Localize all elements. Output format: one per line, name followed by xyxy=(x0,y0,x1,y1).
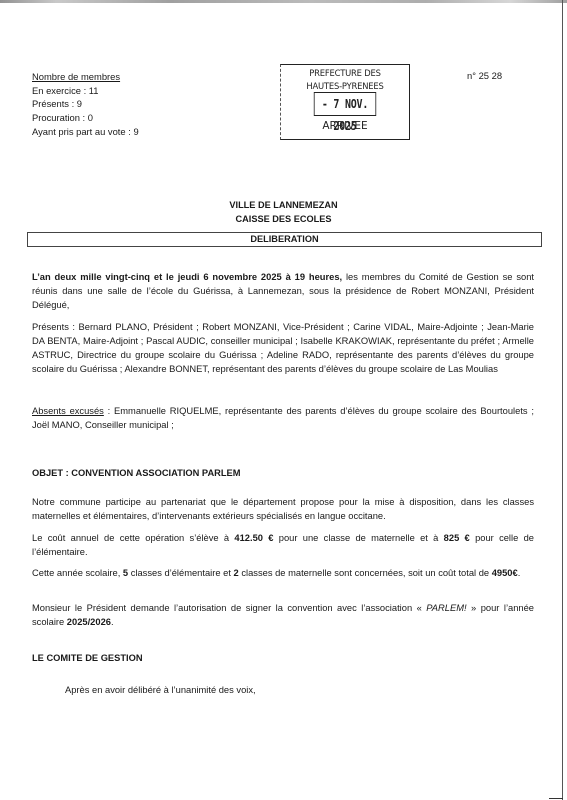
scan-edge-right xyxy=(562,0,563,800)
members-present: Présents : 9 xyxy=(32,97,139,111)
members-title: Nombre de membres xyxy=(32,70,139,84)
document-type-label: DELIBERATION xyxy=(250,234,318,244)
entity-heading: CAISSE DES ECOLES xyxy=(0,214,567,224)
objet-title: OBJET : CONVENTION ASSOCIATION PARLEM xyxy=(32,468,241,478)
comite-text: Après en avoir délibéré à l’unanimité de… xyxy=(65,685,256,695)
body-p3-text-a: Cette année scolaire, xyxy=(32,568,123,578)
body-paragraph-1: Notre commune participe au partenariat q… xyxy=(32,495,534,523)
body-p3-text-b: classes d’élémentaire et xyxy=(128,568,233,578)
city-heading: VILLE DE LANNEMEZAN xyxy=(0,200,567,210)
association-name: PARLEM! xyxy=(426,603,466,613)
stamp-line-1: PREFECTURE DES xyxy=(281,69,409,78)
intro-paragraph: L’an deux mille vingt-cinq et le jeudi 6… xyxy=(32,270,534,312)
members-in-office: En exercice : 11 xyxy=(32,84,139,98)
body-p3-text-c: classes de maternelle sont concernées, s… xyxy=(239,568,492,578)
body-p4-text-a: Monsieur le Président demande l’autorisa… xyxy=(32,603,426,613)
body-paragraph-2: Le coût annuel de cette opération s’élèv… xyxy=(32,531,534,559)
scan-edge-top xyxy=(0,0,567,3)
body-p2-text-a: Le coût annuel de cette opération s’élèv… xyxy=(32,533,234,543)
absents-label: Absents excusés xyxy=(32,406,104,416)
deliberation-reference: n° 25 28 xyxy=(467,70,502,81)
school-year: 2025/2026 xyxy=(67,617,111,627)
members-proxy: Procuration : 0 xyxy=(32,111,139,125)
comite-title: LE COMITE DE GESTION xyxy=(32,653,143,663)
body-p1-text: Notre commune participe au partenariat q… xyxy=(32,497,534,521)
total-cost: 4950€ xyxy=(492,568,518,578)
stamp-line-2: HAUTES-PYRENEES xyxy=(281,82,409,91)
stamp-date: - 7 NOV. 2025 xyxy=(314,92,376,116)
members-voting: Ayant pris part au vote : 9 xyxy=(32,125,139,139)
comite-paragraph: Après en avoir délibéré à l’unanimité de… xyxy=(65,683,525,697)
document-type-box: DELIBERATION xyxy=(27,232,542,247)
body-p3-text-d: . xyxy=(518,568,521,578)
body-p4-text-c: . xyxy=(111,617,114,627)
cost-elementaire: 825 € xyxy=(444,533,470,543)
absents-paragraph: Absents excusés : Emmanuelle RIQUELME, r… xyxy=(32,404,534,432)
members-block: Nombre de membres En exercice : 11 Prése… xyxy=(32,70,139,139)
body-paragraph-4: Monsieur le Président demande l’autorisa… xyxy=(32,601,534,629)
intro-date-text: L’an deux mille vingt-cinq et le jeudi 6… xyxy=(32,272,342,282)
cost-maternelle: 412.50 € xyxy=(234,533,273,543)
scan-edge-corner xyxy=(549,798,563,799)
presents-text: Présents : Bernard PLANO, Président ; Ro… xyxy=(32,322,534,374)
presents-paragraph: Présents : Bernard PLANO, Président ; Ro… xyxy=(32,320,534,376)
body-paragraph-3: Cette année scolaire, 5 classes d’élémen… xyxy=(32,566,534,580)
prefecture-stamp: PREFECTURE DES HAUTES-PYRENEES - 7 NOV. … xyxy=(280,64,410,140)
body-p2-text-b: pour une classe de maternelle et à xyxy=(273,533,443,543)
absents-text: : Emmanuelle RIQUELME, représentante des… xyxy=(32,406,534,430)
